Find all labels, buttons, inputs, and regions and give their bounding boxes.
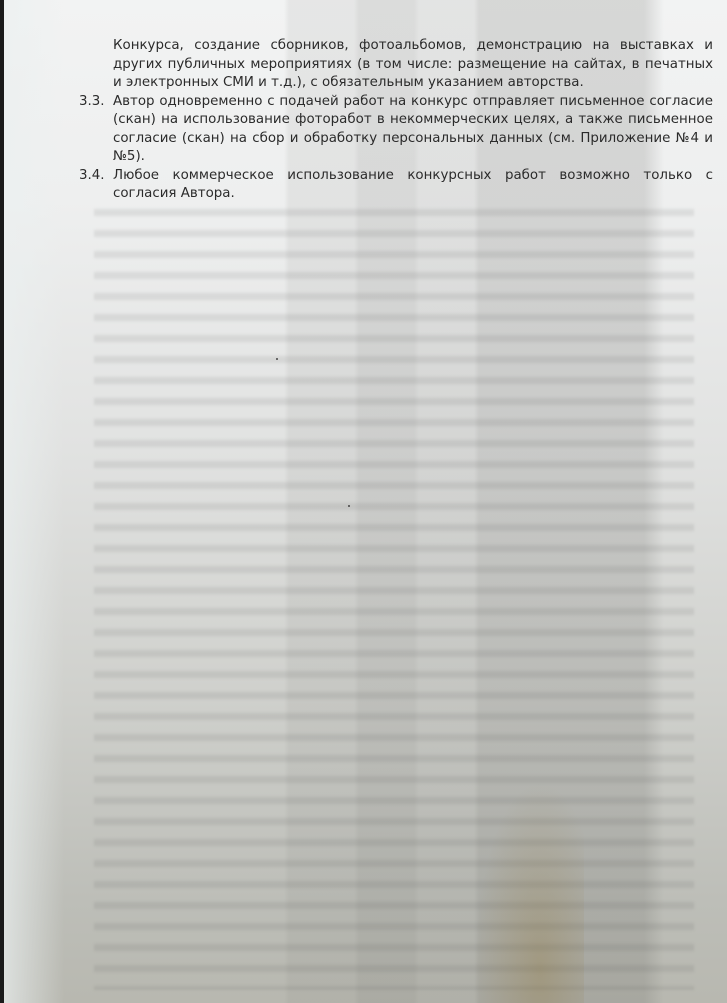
speck — [276, 358, 278, 360]
speck — [348, 505, 350, 507]
paper-stain — [474, 780, 584, 1003]
document-page: Конкурса, создание сборников, фотоальбом… — [4, 0, 727, 1003]
clause-3-4: 3.4. Любое коммерческое использование ко… — [113, 167, 713, 204]
clause-number: 3.4. — [79, 167, 105, 186]
clause-text: Любое коммерческое использование конкурс… — [113, 167, 713, 204]
clause-number: 3.3. — [79, 93, 105, 112]
continuation-paragraph: Конкурса, создание сборников, фотоальбом… — [113, 37, 713, 93]
document-text: Конкурса, создание сборников, фотоальбом… — [4, 37, 727, 204]
clause-text: Автор одновременно с подачей работ на ко… — [113, 93, 713, 167]
reverse-side-show-through — [94, 200, 694, 990]
clause-3-3: 3.3. Автор одновременно с подачей работ … — [113, 93, 713, 167]
